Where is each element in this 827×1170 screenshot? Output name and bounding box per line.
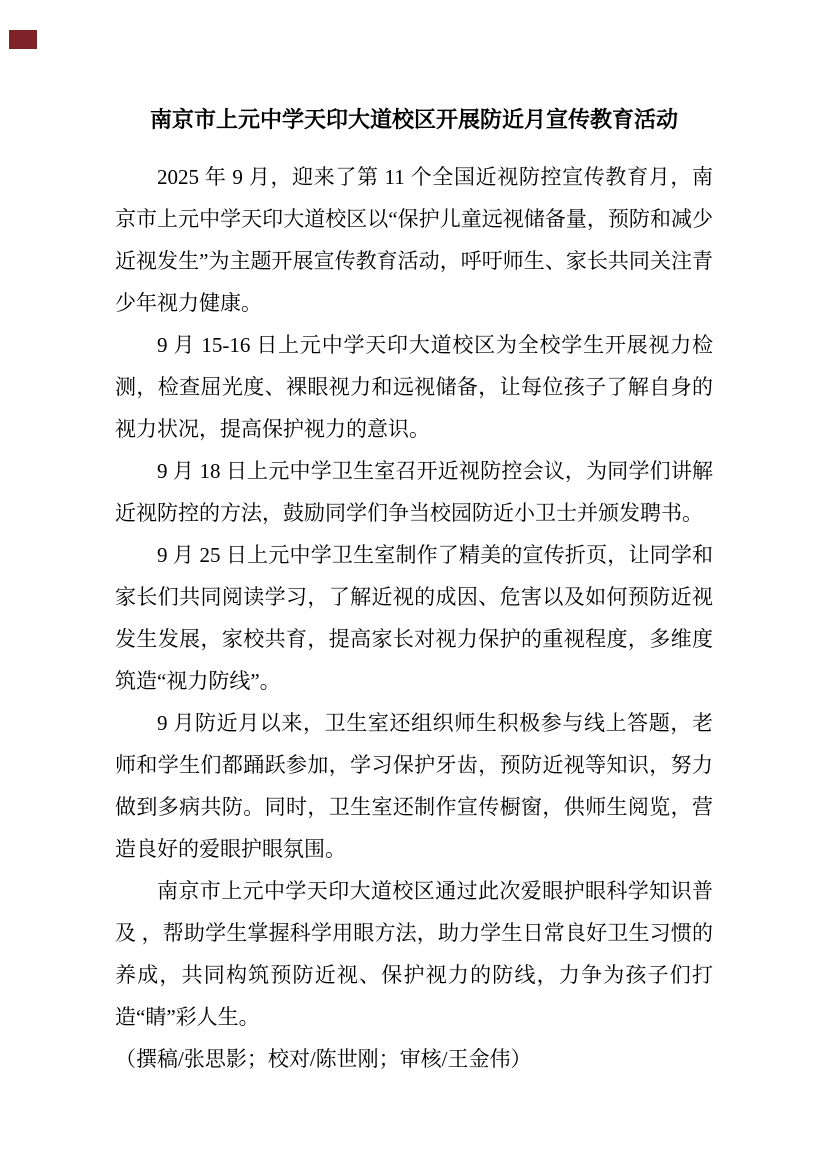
document-title: 南京市上元中学天印大道校区开展防近月宣传教育活动 (115, 104, 713, 136)
revision-marker (9, 30, 37, 49)
paragraph-5: 9 月防近月以来，卫生室还组织师生积极参与线上答题，老师和学生们都踊跃参加，学习… (115, 702, 713, 870)
paragraph-2: 9 月 15-16 日上元中学天印大道校区为全校学生开展视力检测，检查屈光度、裸… (115, 324, 713, 450)
paragraph-4: 9 月 25 日上元中学卫生室制作了精美的宣传折页，让同学和家长们共同阅读学习，… (115, 534, 713, 702)
byline: （撰稿/张思影；校对/陈世刚；审核/王金伟） (115, 1038, 713, 1080)
paragraph-6: 南京市上元中学天印大道校区通过此次爱眼护眼科学知识普及 ，帮助学生掌握科学用眼方… (115, 870, 713, 1038)
paragraph-1: 2025 年 9 月，迎来了第 11 个全国近视防控宣传教育月，南京市上元中学天… (115, 156, 713, 324)
document-content: 南京市上元中学天印大道校区开展防近月宣传教育活动 2025 年 9 月，迎来了第… (115, 104, 713, 1080)
document-page: 南京市上元中学天印大道校区开展防近月宣传教育活动 2025 年 9 月，迎来了第… (0, 0, 827, 1170)
paragraph-3: 9 月 18 日上元中学卫生室召开近视防控会议，为同学们讲解近视防控的方法，鼓励… (115, 450, 713, 534)
